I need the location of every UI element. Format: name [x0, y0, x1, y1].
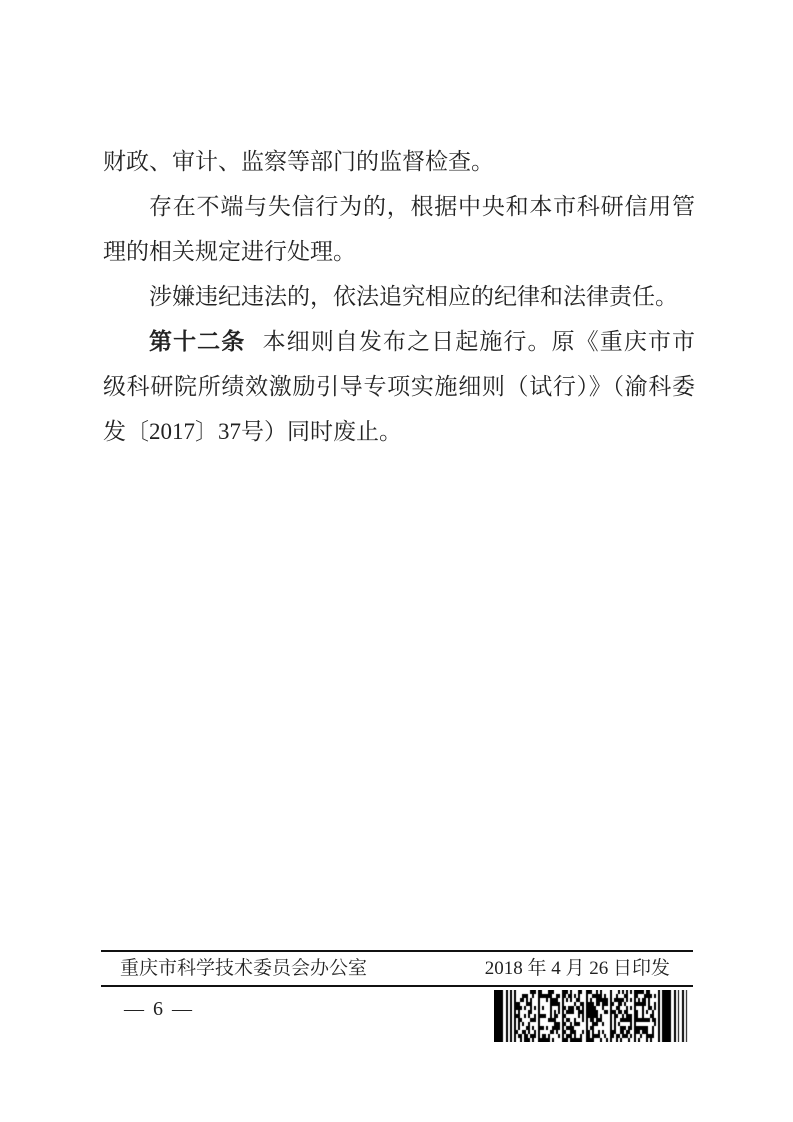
- print-date: 2018 年 4 月 26 日印发: [485, 956, 670, 982]
- footer-row: 重庆市科学技术委员会办公室 2018 年 4 月 26 日印发: [120, 956, 670, 982]
- body-paragraph-4: 第十二条本细则自发布之日起施行。原《重庆市市级科研院所绩效激励引导专项实施细则（…: [103, 319, 695, 454]
- article-number: 第十二条: [149, 329, 245, 354]
- page-number: — 6 —: [124, 997, 194, 1021]
- document-page: 财政、审计、监察等部门的监督检查。 存在不端与失信行为的，根据中央和本市科研信用…: [0, 0, 793, 1122]
- body-paragraph-2: 存在不端与失信行为的，根据中央和本市科研信用管理的相关规定进行处理。: [103, 184, 695, 274]
- print-barcode: [494, 990, 688, 1042]
- document-body: 财政、审计、监察等部门的监督检查。 存在不端与失信行为的，根据中央和本市科研信用…: [103, 139, 695, 454]
- body-paragraph-1: 财政、审计、监察等部门的监督检查。: [103, 139, 695, 184]
- issuing-office: 重庆市科学技术委员会办公室: [120, 956, 367, 982]
- footer-bottom-rule: [101, 985, 693, 987]
- footer-top-rule: [101, 950, 693, 952]
- body-paragraph-3: 涉嫌违纪违法的，依法追究相应的纪律和法律责任。: [103, 274, 695, 319]
